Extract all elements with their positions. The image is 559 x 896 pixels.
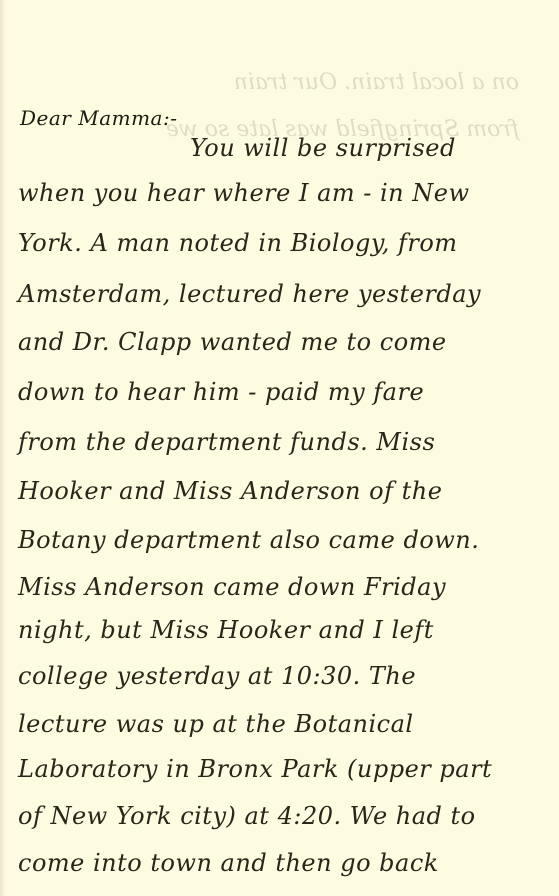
letter-line: night, but Miss Hooker and I left [18, 616, 434, 644]
letter-line: come into town and then go back [18, 849, 439, 877]
letter-line: You will be surprised [190, 134, 456, 162]
letter-line: and Dr. Clapp wanted me to come [18, 328, 447, 356]
letter-line: Botany department also came down. [18, 526, 479, 554]
bleed-through-text: on a local train. Our train [0, 70, 559, 95]
letter-line: of New York city) at 4:20. We had to [18, 802, 476, 830]
letter-line: Hooker and Miss Anderson of the [18, 477, 442, 505]
letter-page: on a local train. Our train from Springf… [0, 0, 559, 896]
letter-line: Laboratory in Bronx Park (upper part [18, 755, 492, 783]
letter-line: York. A man noted in Biology, from [18, 229, 458, 257]
letter-line: lecture was up at the Botanical [18, 710, 414, 738]
letter-line: Miss Anderson came down Friday [18, 573, 446, 601]
letter-line: Amsterdam, lectured here yesterday [18, 280, 481, 308]
salutation: Dear Mamma:- [20, 106, 177, 130]
letter-line: down to hear him - paid my fare [18, 378, 424, 406]
letter-line: when you hear where I am - in New [18, 179, 470, 207]
letter-line: college yesterday at 10:30. The [18, 662, 416, 690]
letter-line: from the department funds. Miss [18, 428, 435, 456]
